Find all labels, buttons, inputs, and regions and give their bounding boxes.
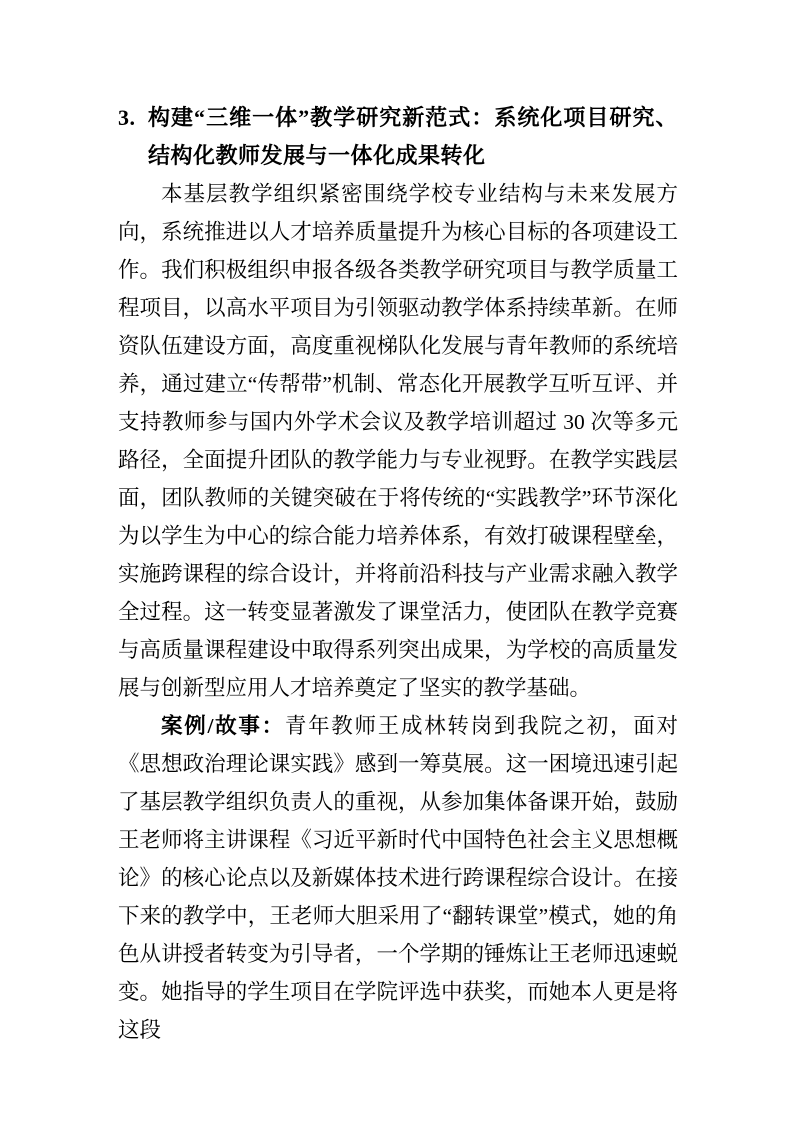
paragraph-overview: 本基层教学组织紧密围绕学校专业结构与未来发展方向，系统推进以人才培养质量提升为核… xyxy=(118,175,678,707)
heading-number: 3. xyxy=(118,99,148,137)
case-story-label: 案例/故事： xyxy=(161,714,285,738)
heading-text: 构建“三维一体”教学研究新范式：系统化项目研究、结构化教师发展与一体化成果转化 xyxy=(148,105,678,168)
case-story-text: 青年教师王成林转岗到我院之初，面对《思想政治理论课实践》感到一筹莫展。这一困境迅… xyxy=(118,714,678,1042)
section-heading: 3. 构建“三维一体”教学研究新范式：系统化项目研究、结构化教师发展与一体化成果… xyxy=(118,99,678,175)
paragraph-case-story: 案例/故事：青年教师王成林转岗到我院之初，面对《思想政治理论课实践》感到一筹莫展… xyxy=(118,707,678,1049)
document-content: 3. 构建“三维一体”教学研究新范式：系统化项目研究、结构化教师发展与一体化成果… xyxy=(118,99,678,1049)
document-page: 3. 构建“三维一体”教学研究新范式：系统化项目研究、结构化教师发展与一体化成果… xyxy=(0,0,793,1122)
